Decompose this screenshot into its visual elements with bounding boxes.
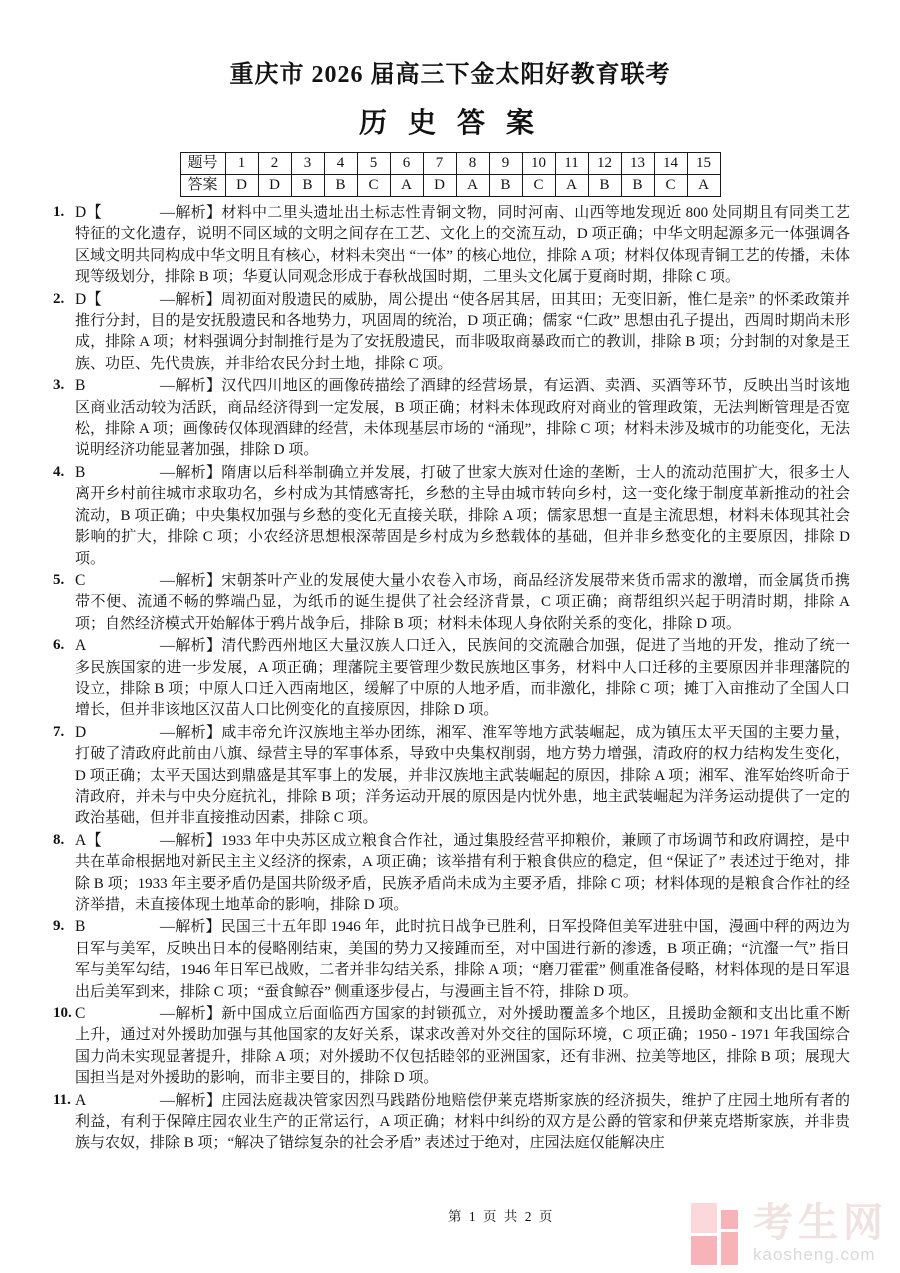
question-number-cell: 1 — [225, 153, 258, 175]
item-lead: —解析】 — [160, 205, 221, 221]
explanation-item: 11.A—解析】庄园法庭裁决管家因烈马践踏份地赔偿伊莱克塔斯家族的经济损失，维护… — [75, 1090, 850, 1155]
answer-cell: A — [555, 175, 588, 197]
page-footer: 第 1 页 共 2 页 — [448, 1205, 554, 1225]
answer-cell: C — [654, 175, 687, 197]
question-number-cell: 2 — [258, 153, 291, 175]
item-answer: D — [75, 722, 160, 743]
item-lead: —解析】 — [160, 573, 221, 589]
item-number: 11. — [53, 1090, 75, 1111]
item-answer: D【 — [75, 202, 160, 223]
answer-cell: A — [456, 175, 489, 197]
explanation-item: 3.B—解析】汉代四川地区的画像砖描绘了酒肆的经营场景，有运酒、卖酒、买酒等环节… — [75, 375, 850, 462]
item-answer: D【 — [75, 289, 160, 310]
logo-block — [691, 1203, 717, 1233]
item-answer: C — [75, 570, 160, 591]
explanation-item: 9.B—解析】民国三十五年即 1946 年，此时抗日战争已胜利，日军投降但美军进… — [75, 916, 850, 1003]
item-answer: A — [75, 635, 160, 656]
answer-header: 答案 — [180, 175, 225, 197]
item-lead: —解析】 — [160, 292, 221, 308]
watermark-en-label: kaosheng.com — [753, 1246, 888, 1263]
answer-cell: D — [423, 175, 456, 197]
question-number-header: 题号 — [180, 153, 225, 175]
item-lead: —解析】 — [160, 919, 221, 935]
answer-cell: B — [621, 175, 654, 197]
item-number: 2. — [53, 289, 75, 310]
question-number-cell: 11 — [555, 153, 588, 175]
question-number-cell: 7 — [423, 153, 456, 175]
item-number: 7. — [53, 722, 75, 743]
item-lead: —解析】 — [160, 378, 221, 394]
answer-number-row: 题号 123456789101112131415 — [180, 153, 720, 175]
item-number: 8. — [53, 830, 75, 851]
logo-block — [721, 1210, 738, 1229]
watermark-text: 考生网 kaosheng.com — [753, 1203, 888, 1263]
answer-letter-row: 答案 DDBBCADABCABBCA — [180, 175, 720, 197]
explanation-item: 2.D【—解析】周初面对殷遗民的威胁，周公提出 “使各居其居，田其田；无变旧新，… — [75, 289, 850, 376]
watermark: 考生网 kaosheng.com — [691, 1203, 888, 1265]
item-number: 6. — [53, 635, 75, 656]
question-number-cell: 4 — [324, 153, 357, 175]
item-number: 9. — [53, 916, 75, 937]
question-number-cell: 5 — [357, 153, 390, 175]
watermark-cn-label: 考生网 — [753, 1203, 888, 1243]
logo-block — [691, 1236, 717, 1265]
item-lead: —解析】 — [160, 725, 221, 741]
explanation-item: 10.C—解析】新中国成立后面临西方国家的封锁孤立，对外援助覆盖多个地区，且援助… — [75, 1003, 850, 1090]
question-number-cell: 13 — [621, 153, 654, 175]
question-number-cell: 14 — [654, 153, 687, 175]
answer-cell: C — [522, 175, 555, 197]
item-number: 5. — [53, 570, 75, 591]
question-number-cell: 9 — [489, 153, 522, 175]
answer-cell: B — [588, 175, 621, 197]
question-number-cell: 6 — [390, 153, 423, 175]
answer-cell: B — [324, 175, 357, 197]
answer-cell: A — [687, 175, 720, 197]
answer-cell: D — [258, 175, 291, 197]
page-title: 重庆市 2026 届高三下金太阳好教育联考 — [0, 54, 900, 89]
item-answer: A【 — [75, 830, 160, 851]
item-answer: A — [75, 1090, 160, 1111]
item-answer: B — [75, 462, 160, 483]
answer-cell: C — [357, 175, 390, 197]
explanation-item: 5.C—解析】宋朝茶叶产业的发展使大量小农卷入市场，商品经济发展带来货币需求的激… — [75, 570, 850, 635]
item-number: 1. — [53, 202, 75, 223]
page-subtitle: 历 史 答 案 — [0, 101, 900, 141]
explanations-list: 1.D【—解析】材料中二里头遗址出土标志性青铜文物，同时河南、山西等地发现近 8… — [0, 202, 900, 1155]
question-number-cell: 8 — [456, 153, 489, 175]
answer-cell: B — [489, 175, 522, 197]
question-number-cell: 12 — [588, 153, 621, 175]
answer-cell: D — [225, 175, 258, 197]
item-lead: —解析】 — [160, 638, 221, 654]
explanation-item: 8.A【—解析】1933 年中央苏区成立粮食合作社，通过集股经营平抑粮价，兼顾了… — [75, 830, 850, 917]
question-number-cell: 3 — [291, 153, 324, 175]
question-number-cell: 10 — [522, 153, 555, 175]
explanation-item: 1.D【—解析】材料中二里头遗址出土标志性青铜文物，同时河南、山西等地发现近 8… — [75, 202, 850, 289]
answer-cell: B — [291, 175, 324, 197]
answer-table: 题号 123456789101112131415 答案 DDBBCADABCAB… — [180, 152, 721, 197]
item-lead: —解析】 — [160, 465, 221, 481]
item-lead: —解析】 — [160, 1093, 221, 1109]
item-lead: —解析】 — [160, 833, 221, 849]
answer-cell: A — [390, 175, 423, 197]
item-lead: —解析】 — [160, 1006, 221, 1022]
question-number-cell: 15 — [687, 153, 720, 175]
item-answer: B — [75, 916, 160, 937]
kaosheng-logo-icon — [691, 1203, 741, 1265]
explanation-item: 7.D—解析】咸丰帝允许汉族地主举办团练，湘军、淮军等地方武装崛起，成为镇压太平… — [75, 722, 850, 830]
item-number: 10. — [53, 1003, 75, 1024]
logo-block — [721, 1232, 738, 1265]
item-answer: B — [75, 375, 160, 396]
exam-answer-page: { "page": { "title": "重庆市 2026 届高三下金太阳好教… — [0, 0, 900, 1273]
item-number: 3. — [53, 375, 75, 396]
explanation-item: 4.B—解析】隋唐以后科举制确立并发展，打破了世家大族对仕途的垄断，士人的流动范… — [75, 462, 850, 570]
item-number: 4. — [53, 462, 75, 483]
item-answer: C — [75, 1003, 160, 1024]
explanation-item: 6.A—解析】清代黔西州地区大量汉族人口迁入，民族间的交流融合加强，促进了当地的… — [75, 635, 850, 722]
